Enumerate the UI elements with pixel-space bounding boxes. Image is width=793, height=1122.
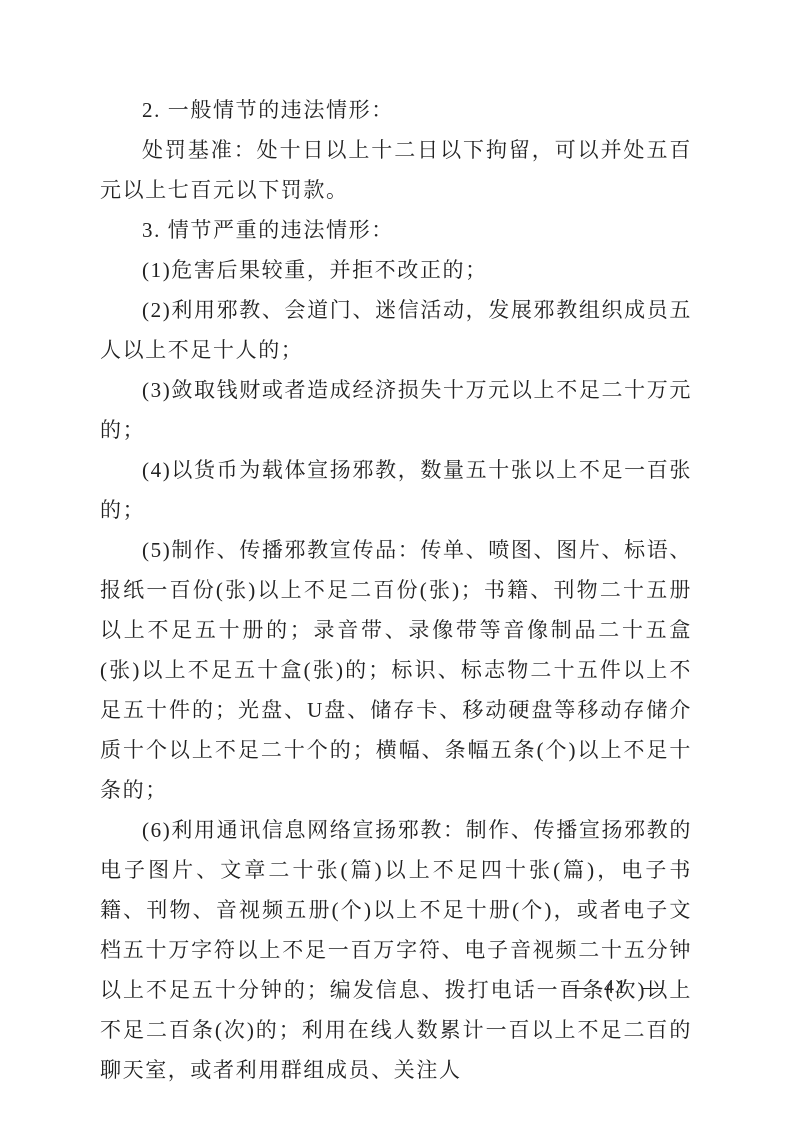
page-footer: — 41 —: [567, 976, 665, 999]
document-page: 2. 一般情节的违法情形： 处罚基准：处十日以上十二日以下拘留，可以并处五百元以…: [0, 0, 793, 1122]
paragraph-item-3-heading: 3. 情节严重的违法情形：: [100, 210, 692, 250]
paragraph-clause-1: (1)危害后果较重，并拒不改正的；: [100, 250, 692, 290]
document-body: 2. 一般情节的违法情形： 处罚基准：处十日以上十二日以下拘留，可以并处五百元以…: [100, 90, 692, 1090]
paragraph-item-2-heading: 2. 一般情节的违法情形：: [100, 90, 692, 130]
paragraph-clause-6: (6)利用通讯信息网络宣扬邪教：制作、传播宣扬邪教的电子图片、文章二十张(篇)以…: [100, 810, 692, 1090]
paragraph-clause-4: (4)以货币为载体宣扬邪教，数量五十张以上不足一百张的；: [100, 450, 692, 530]
paragraph-clause-3: (3)敛取钱财或者造成经济损失十万元以上不足二十万元的；: [100, 370, 692, 450]
page-number: — 41 —: [567, 976, 665, 998]
paragraph-penalty-standard: 处罚基准：处十日以上十二日以下拘留，可以并处五百元以上七百元以下罚款。: [100, 130, 692, 210]
paragraph-clause-2: (2)利用邪教、会道门、迷信活动，发展邪教组织成员五人以上不足十人的；: [100, 290, 692, 370]
paragraph-clause-5: (5)制作、传播邪教宣传品：传单、喷图、图片、标语、报纸一百份(张)以上不足二百…: [100, 530, 692, 810]
